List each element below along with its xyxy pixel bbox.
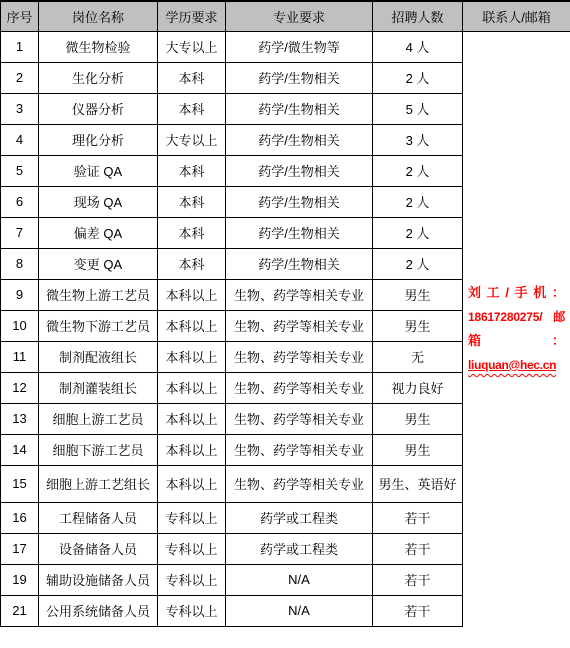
- cell-row-number: 16: [1, 502, 39, 533]
- cell-major: 生物、药学等相关专业: [226, 465, 373, 502]
- contact-cell: 刘工/手机：18617280275/邮箱：liuquan@hec.cn: [463, 31, 570, 626]
- cell-row-number: 6: [1, 186, 39, 217]
- cell-position-name: 理化分析: [39, 124, 158, 155]
- cell-position-name: 细胞上游工艺员: [39, 403, 158, 434]
- cell-position-name: 变更 QA: [39, 248, 158, 279]
- header-position-name: 岗位名称: [39, 1, 158, 31]
- cell-major: 生物、药学等相关专业: [226, 403, 373, 434]
- cell-major: 药学/生物相关: [226, 217, 373, 248]
- cell-education: 本科: [158, 62, 226, 93]
- cell-education: 本科以上: [158, 341, 226, 372]
- cell-headcount: 若干: [373, 595, 463, 626]
- contact-line: 刘工/手机：: [468, 281, 565, 305]
- cell-position-name: 仪器分析: [39, 93, 158, 124]
- cell-row-number: 10: [1, 310, 39, 341]
- cell-row-number: 7: [1, 217, 39, 248]
- cell-position-name: 制剂配液组长: [39, 341, 158, 372]
- header-major: 专业要求: [226, 1, 373, 31]
- cell-education: 本科以上: [158, 434, 226, 465]
- cell-headcount: 4 人: [373, 31, 463, 62]
- cell-education: 专科以上: [158, 564, 226, 595]
- cell-major: 药学/生物相关: [226, 93, 373, 124]
- cell-position-name: 微生物上游工艺员: [39, 279, 158, 310]
- cell-major: 药学/微生物等: [226, 31, 373, 62]
- cell-education: 本科: [158, 217, 226, 248]
- cell-headcount: 男生、英语好: [373, 465, 463, 502]
- header-education: 学历要求: [158, 1, 226, 31]
- cell-position-name: 辅助设施储备人员: [39, 564, 158, 595]
- cell-row-number: 13: [1, 403, 39, 434]
- cell-major: N/A: [226, 595, 373, 626]
- cell-position-name: 现场 QA: [39, 186, 158, 217]
- cell-row-number: 1: [1, 31, 39, 62]
- header-row: 序号 岗位名称 学历要求 专业要求 招聘人数 联系人/邮箱: [1, 1, 570, 31]
- cell-major: 生物、药学等相关专业: [226, 434, 373, 465]
- cell-major: 生物、药学等相关专业: [226, 372, 373, 403]
- cell-row-number: 9: [1, 279, 39, 310]
- cell-headcount: 2 人: [373, 217, 463, 248]
- cell-row-number: 19: [1, 564, 39, 595]
- cell-headcount: 男生: [373, 434, 463, 465]
- cell-headcount: 男生: [373, 310, 463, 341]
- cell-position-name: 微生物下游工艺员: [39, 310, 158, 341]
- cell-position-name: 细胞上游工艺组长: [39, 465, 158, 502]
- cell-row-number: 11: [1, 341, 39, 372]
- contact-info: 刘工/手机：18617280275/邮箱：liuquan@hec.cn: [468, 281, 565, 377]
- cell-position-name: 制剂灌装组长: [39, 372, 158, 403]
- cell-education: 大专以上: [158, 31, 226, 62]
- cell-row-number: 2: [1, 62, 39, 93]
- header-headcount: 招聘人数: [373, 1, 463, 31]
- cell-headcount: 2 人: [373, 155, 463, 186]
- cell-education: 本科以上: [158, 372, 226, 403]
- contact-phone: 18617280275/邮: [468, 305, 565, 329]
- cell-headcount: 若干: [373, 502, 463, 533]
- cell-education: 专科以上: [158, 595, 226, 626]
- cell-position-name: 公用系统储备人员: [39, 595, 158, 626]
- cell-position-name: 细胞下游工艺员: [39, 434, 158, 465]
- recruitment-table: 序号 岗位名称 学历要求 专业要求 招聘人数 联系人/邮箱 1微生物检验大专以上…: [0, 0, 570, 627]
- cell-position-name: 微生物检验: [39, 31, 158, 62]
- cell-major: 生物、药学等相关专业: [226, 341, 373, 372]
- cell-headcount: 视力良好: [373, 372, 463, 403]
- table-row: 1微生物检验大专以上药学/微生物等4 人刘工/手机：18617280275/邮箱…: [1, 31, 570, 62]
- email-link[interactable]: liuquan@hec.cn: [468, 358, 556, 372]
- email-text: liuquan@hec.cn: [468, 358, 556, 372]
- cell-row-number: 14: [1, 434, 39, 465]
- cell-major: 药学/生物相关: [226, 186, 373, 217]
- cell-education: 专科以上: [158, 502, 226, 533]
- cell-row-number: 21: [1, 595, 39, 626]
- cell-major: 生物、药学等相关专业: [226, 279, 373, 310]
- cell-headcount: 2 人: [373, 186, 463, 217]
- cell-education: 本科: [158, 248, 226, 279]
- cell-headcount: 2 人: [373, 62, 463, 93]
- cell-row-number: 4: [1, 124, 39, 155]
- cell-row-number: 15: [1, 465, 39, 502]
- cell-headcount: 2 人: [373, 248, 463, 279]
- header-row-number: 序号: [1, 1, 39, 31]
- cell-row-number: 17: [1, 533, 39, 564]
- cell-major: 药学/生物相关: [226, 62, 373, 93]
- cell-education: 本科以上: [158, 310, 226, 341]
- cell-education: 本科: [158, 186, 226, 217]
- cell-position-name: 设备储备人员: [39, 533, 158, 564]
- cell-major: 药学/生物相关: [226, 124, 373, 155]
- cell-headcount: 5 人: [373, 93, 463, 124]
- cell-headcount: 3 人: [373, 124, 463, 155]
- cell-headcount: 若干: [373, 564, 463, 595]
- cell-position-name: 偏差 QA: [39, 217, 158, 248]
- cell-major: 药学/生物相关: [226, 155, 373, 186]
- cell-major: 生物、药学等相关专业: [226, 310, 373, 341]
- cell-major: 药学/生物相关: [226, 248, 373, 279]
- cell-row-number: 12: [1, 372, 39, 403]
- contact-line: 箱：: [468, 329, 565, 353]
- cell-major: 药学或工程类: [226, 502, 373, 533]
- cell-major: N/A: [226, 564, 373, 595]
- table-body: 1微生物检验大专以上药学/微生物等4 人刘工/手机：18617280275/邮箱…: [1, 31, 570, 626]
- cell-headcount: 男生: [373, 279, 463, 310]
- cell-position-name: 验证 QA: [39, 155, 158, 186]
- cell-headcount: 若干: [373, 533, 463, 564]
- cell-education: 大专以上: [158, 124, 226, 155]
- cell-education: 本科: [158, 155, 226, 186]
- cell-row-number: 8: [1, 248, 39, 279]
- cell-education: 专科以上: [158, 533, 226, 564]
- cell-education: 本科以上: [158, 403, 226, 434]
- cell-row-number: 3: [1, 93, 39, 124]
- cell-headcount: 男生: [373, 403, 463, 434]
- cell-headcount: 无: [373, 341, 463, 372]
- contact-email-line: liuquan@hec.cn: [468, 353, 565, 377]
- cell-education: 本科以上: [158, 465, 226, 502]
- cell-row-number: 5: [1, 155, 39, 186]
- header-contact: 联系人/邮箱: [463, 1, 570, 31]
- cell-position-name: 工程储备人员: [39, 502, 158, 533]
- cell-position-name: 生化分析: [39, 62, 158, 93]
- cell-major: 药学或工程类: [226, 533, 373, 564]
- cell-education: 本科: [158, 93, 226, 124]
- cell-education: 本科以上: [158, 279, 226, 310]
